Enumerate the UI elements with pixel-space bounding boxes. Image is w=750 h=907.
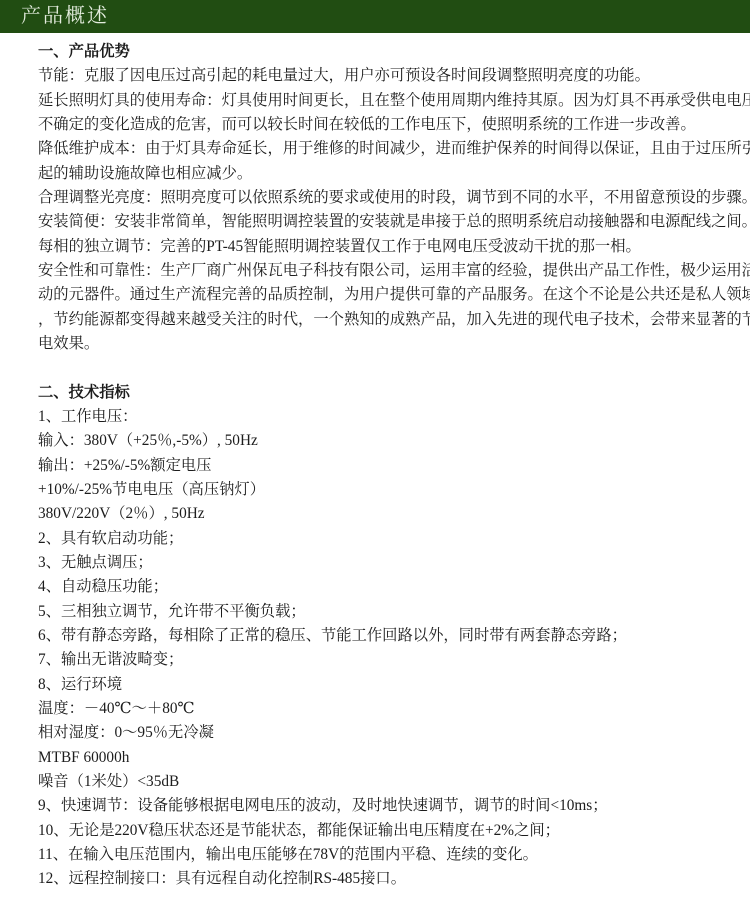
section-title-bar: 产品概述	[0, 0, 750, 33]
text-line: 安全性和可靠性：生产厂商广州保瓦电子科技有限公司，运用丰富的经验，提供出产品工作…	[38, 259, 712, 283]
text-line: 3、无触点调压；	[38, 551, 712, 575]
section-heading: 一、产品优势	[38, 40, 712, 64]
text-line: 安装简便：安装非常简单，智能照明调控装置的安装就是串接于总的照明系统启动接触器和…	[38, 210, 712, 234]
section-heading: 二、技术指标	[38, 381, 712, 405]
text-line: 9、快速调节：设备能够根据电网电压的波动，及时地快速调节，调节的时间<10ms；	[38, 794, 712, 818]
text-line: 温度：－40℃～＋80℃	[38, 697, 712, 721]
document-body: 一、产品优势节能：克服了因电压过高引起的耗电量过大，用户亦可预设各时间段调整照明…	[0, 33, 750, 891]
text-line: 11、在输入电压范围内，输出电压能够在78V的范围内平稳、连续的变化。	[38, 843, 712, 867]
text-line: 8、运行环境	[38, 673, 712, 697]
text-line: 5、三相独立调节，允许带不平衡负载；	[38, 600, 712, 624]
text-line: 相对湿度：0～95％无冷凝	[38, 721, 712, 745]
text-line: +10%/-25%节电电压（高压钠灯）	[38, 478, 712, 502]
text-line: 每相的独立调节：完善的PT-45智能照明调控装置仅工作于电网电压受波动干扰的那一…	[38, 235, 712, 259]
text-line: 输入：380V（+25％,-5%）, 50Hz	[38, 429, 712, 453]
text-line: 延长照明灯具的使用寿命：灯具使用时间更长，且在整个使用周期内维持其原。因为灯具不…	[38, 89, 712, 113]
text-line: 6、带有静态旁路，每相除了正常的稳压、节能工作回路以外，同时带有两套静态旁路；	[38, 624, 712, 648]
blank-line	[38, 356, 712, 380]
text-line: 噪音（1米处）<35dB	[38, 770, 712, 794]
text-line: ，节约能源都变得越来越受关注的时代，一个熟知的成熟产品，加入先进的现代电子技术，…	[38, 308, 712, 332]
text-line: 合理调整光亮度：照明亮度可以依照系统的要求或使用的时段，调节到不同的水平，不用留…	[38, 186, 712, 210]
text-line: 4、自动稳压功能；	[38, 575, 712, 599]
text-line: 起的辅助设施故障也相应减少。	[38, 162, 712, 186]
text-line: 10、无论是220V稳压状态还是节能状态，都能保证输出电压精度在+2%之间；	[38, 819, 712, 843]
text-line: 节能：克服了因电压过高引起的耗电量过大，用户亦可预设各时间段调整照明亮度的功能。	[38, 64, 712, 88]
text-line: 2、具有软启动功能；	[38, 527, 712, 551]
text-line: 1、工作电压：	[38, 405, 712, 429]
text-line: 动的元器件。通过生产流程完善的品质控制，为用户提供可靠的产品服务。在这个不论是公…	[38, 283, 712, 307]
document-page: 产品概述 一、产品优势节能：克服了因电压过高引起的耗电量过大，用户亦可预设各时间…	[0, 0, 750, 907]
text-line: 输出：+25%/-5%额定电压	[38, 454, 712, 478]
text-line: 7、输出无谐波畸变；	[38, 648, 712, 672]
text-line: 12、远程控制接口：具有远程自动化控制RS-485接口。	[38, 867, 712, 891]
text-line: 电效果。	[38, 332, 712, 356]
text-line: 380V/220V（2％）, 50Hz	[38, 502, 712, 526]
text-line: MTBF 60000h	[38, 746, 712, 770]
text-line: 降低维护成本：由于灯具寿命延长，用于维修的时间减少，进而维护保养的时间得以保证，…	[38, 137, 712, 161]
page-title: 产品概述	[21, 6, 109, 28]
text-line: 不确定的变化造成的危害，而可以较长时间在较低的工作电压下，使照明系统的工作进一步…	[38, 113, 712, 137]
